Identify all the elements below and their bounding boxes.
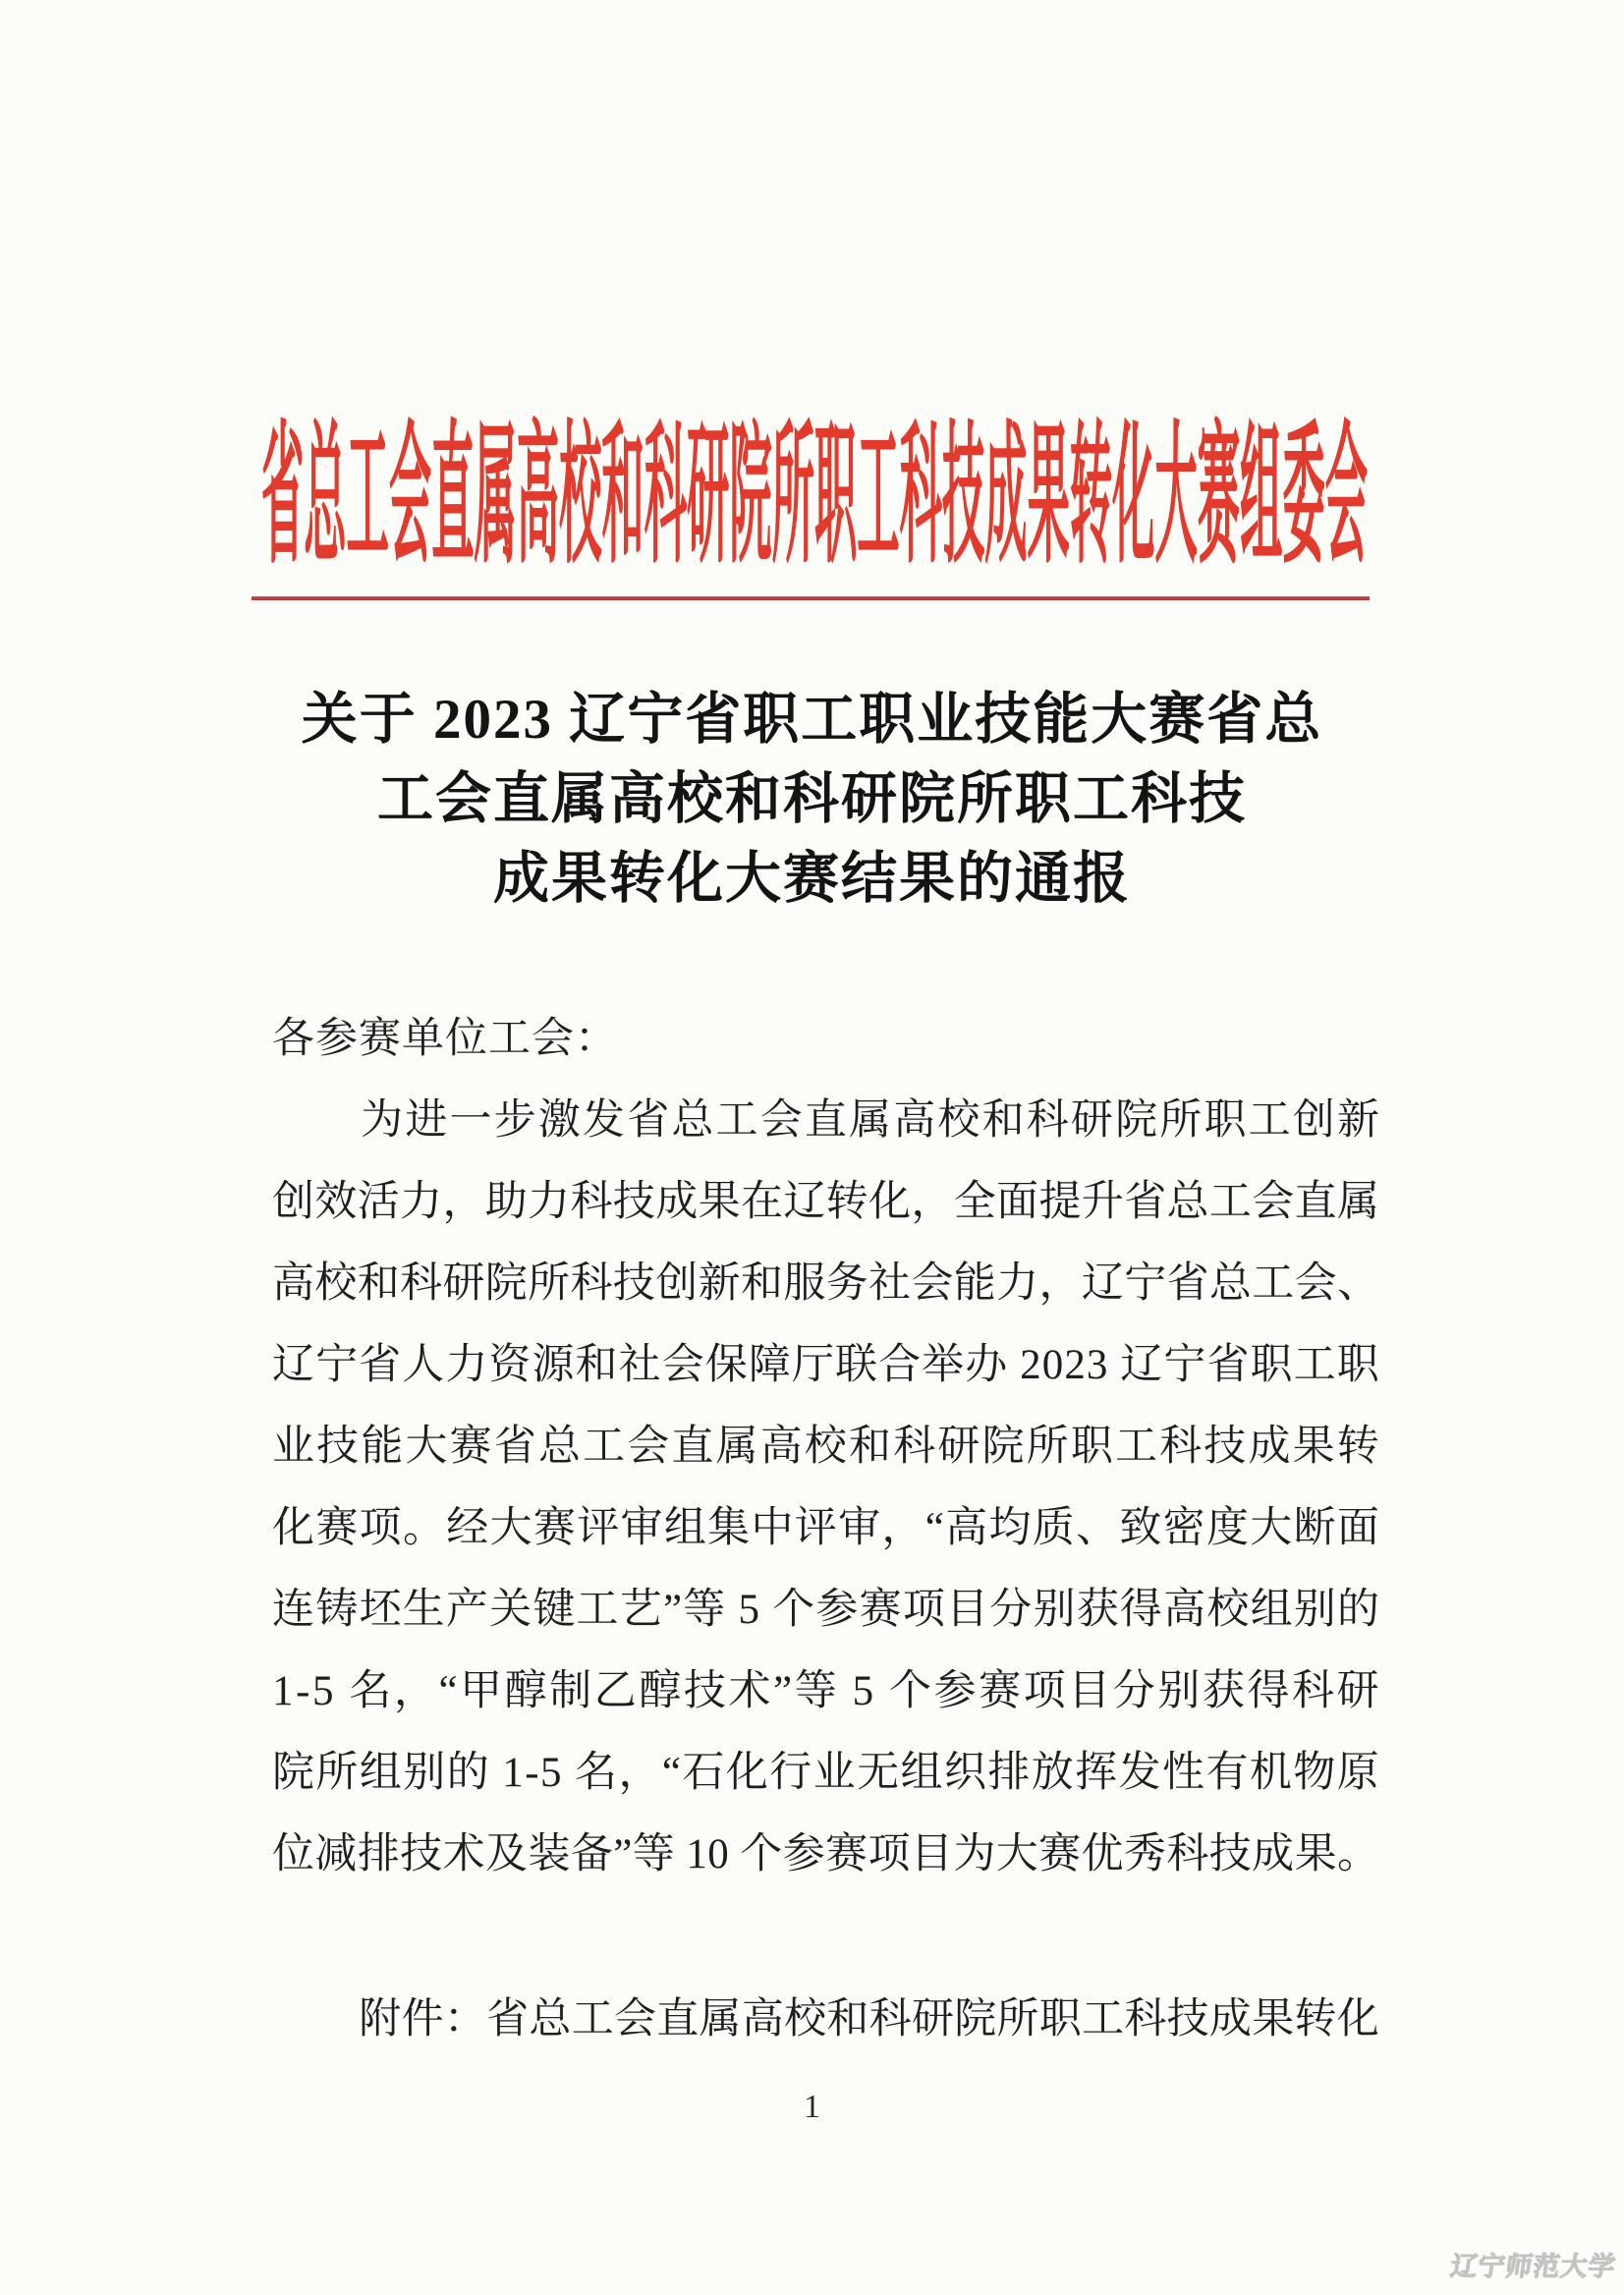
body-line: 创效活力，助力科技成果在辽转化，全面提升省总工会直属 <box>272 1161 1379 1243</box>
page-number: 1 <box>0 2089 1624 2126</box>
body-line: 化赛项。经大赛评审组集中评审，“高均质、致密度大断面 <box>272 1487 1379 1569</box>
body-line: 院所组别的 1-5 名，“石化行业无组织排放挥发性有机物原 <box>272 1732 1379 1814</box>
body-line: 辽宁省人力资源和社会保障厅联合举办 2023 辽宁省职工职 <box>272 1324 1379 1406</box>
body-line: 为进一步激发省总工会直属高校和科研院所职工创新 <box>272 1080 1379 1161</box>
title-line-3: 成果转化大赛结果的通报 <box>0 839 1624 919</box>
body-line: 位减排技术及装备”等 10 个参赛项目为大赛优秀科技成果。 <box>272 1814 1379 1895</box>
body-line: 连铸坯生产关键工艺”等 5 个参赛项目分别获得高校组别的 <box>272 1569 1379 1651</box>
body-line: 业技能大赛省总工会直属高校和科研院所职工科技成果转 <box>272 1406 1379 1487</box>
salutation: 各参赛单位工会： <box>272 998 1379 1080</box>
title-line-1: 关于 2023 辽宁省职工职业技能大赛省总 <box>0 680 1624 759</box>
body-line: 附件：省总工会直属高校和科研院所职工科技成果转化 <box>272 1979 1379 2060</box>
org-banner-text: 省总工会直属高校和科研院所职工科技成果转化大赛组委会 <box>261 412 1368 574</box>
body-line: 1-5 名，“甲醇制乙醇技术”等 5 个参赛项目分别获得科研 <box>272 1651 1379 1732</box>
document-title: 关于 2023 辽宁省职工职业技能大赛省总 工会直属高校和科研院所职工科技 成果… <box>0 680 1624 919</box>
body-line: 高校和科研院所科技创新和服务社会能力，辽宁省总工会、 <box>272 1243 1379 1324</box>
watermark: 辽宁师范大学 <box>1448 2245 1618 2283</box>
attachment-line: 附件：省总工会直属高校和科研院所职工科技成果转化 <box>272 1979 1379 2060</box>
org-banner-svg: 省总工会直属高校和科研院所职工科技成果转化大赛组委会 <box>258 405 1371 574</box>
title-line-2: 工会直属高校和科研院所职工科技 <box>0 759 1624 839</box>
paragraph: 为进一步激发省总工会直属高校和科研院所职工创新创效活力，助力科技成果在辽转化，全… <box>272 1080 1379 1895</box>
red-divider-line <box>252 596 1370 600</box>
org-banner: 省总工会直属高校和科研院所职工科技成果转化大赛组委会 <box>258 405 1371 574</box>
document-page: 省总工会直属高校和科研院所职工科技成果转化大赛组委会 关于 2023 辽宁省职工… <box>0 0 1624 2295</box>
document-body: 各参赛单位工会： 为进一步激发省总工会直属高校和科研院所职工创新创效活力，助力科… <box>272 998 1379 1895</box>
